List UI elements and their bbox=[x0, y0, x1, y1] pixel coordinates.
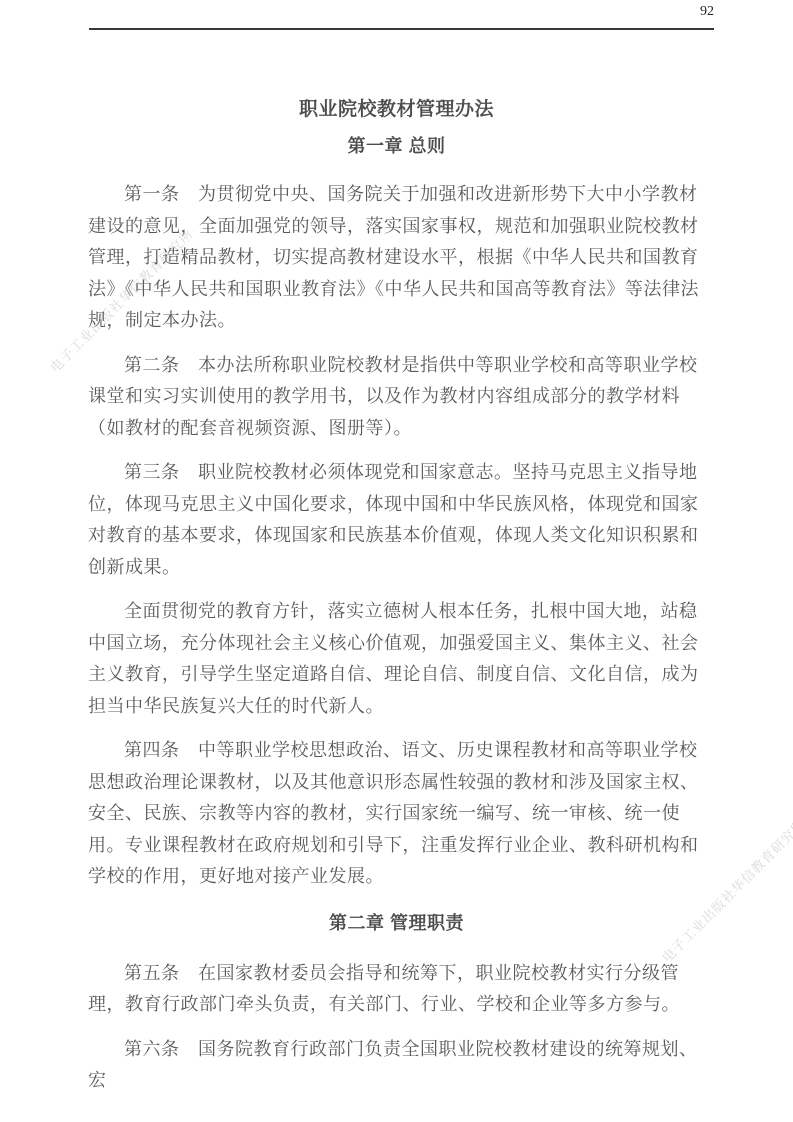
page-number: 92 bbox=[700, 4, 714, 20]
paragraph-article-3-continued: 全面贯彻党的教育方针，落实立德树人根本任务，扎根中国大地，站稳中国立场，充分体现… bbox=[88, 596, 705, 722]
document-body: 职业院校教材管理办法 第一章 总则 第一条 为贯彻党中央、国务院关于加强和改进新… bbox=[88, 93, 705, 1097]
chapter-2-heading: 第二章 管理职责 bbox=[88, 906, 705, 940]
paragraph-article-5: 第五条 在国家教材委员会指导和统筹下，职业院校教材实行分级管理，教育行政部门牵头… bbox=[88, 958, 705, 1021]
page-header: 92 bbox=[89, 0, 714, 30]
paragraph-article-3: 第三条 职业院校教材必须体现党和国家意志。坚持马克思主义指导地位，体现马克思主义… bbox=[88, 457, 705, 583]
paragraph-article-6-partial: 第六条 国务院教育行政部门负责全国职业院校教材建设的统筹规划、宏 bbox=[88, 1034, 705, 1097]
paragraph-article-1: 第一条 为贯彻党中央、国务院关于加强和改进新形势下大中小学教材建设的意见，全面加… bbox=[88, 179, 705, 337]
document-page: 电子工业出版社华信教育研究所 电子工业出版社华信教育研究所 92 职业院校教材管… bbox=[0, 0, 793, 1122]
chapter-1-heading: 第一章 总则 bbox=[88, 129, 705, 163]
paragraph-article-4: 第四条 中等职业学校思想政治、语文、历史课程教材和高等职业学校思想政治理论课教材… bbox=[88, 735, 705, 893]
paragraph-article-2: 第二条 本办法所称职业院校教材是指供中等职业学校和高等职业学校课堂和实习实训使用… bbox=[88, 350, 705, 445]
document-title: 职业院校教材管理办法 bbox=[88, 93, 705, 127]
